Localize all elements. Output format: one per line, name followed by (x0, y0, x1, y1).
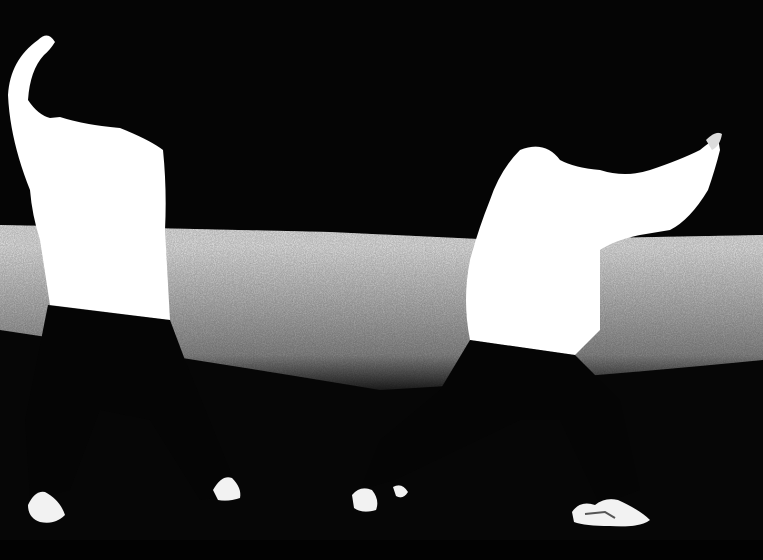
photo-scene (0, 0, 763, 560)
bottom-edge (0, 540, 763, 560)
photograph (0, 0, 763, 560)
